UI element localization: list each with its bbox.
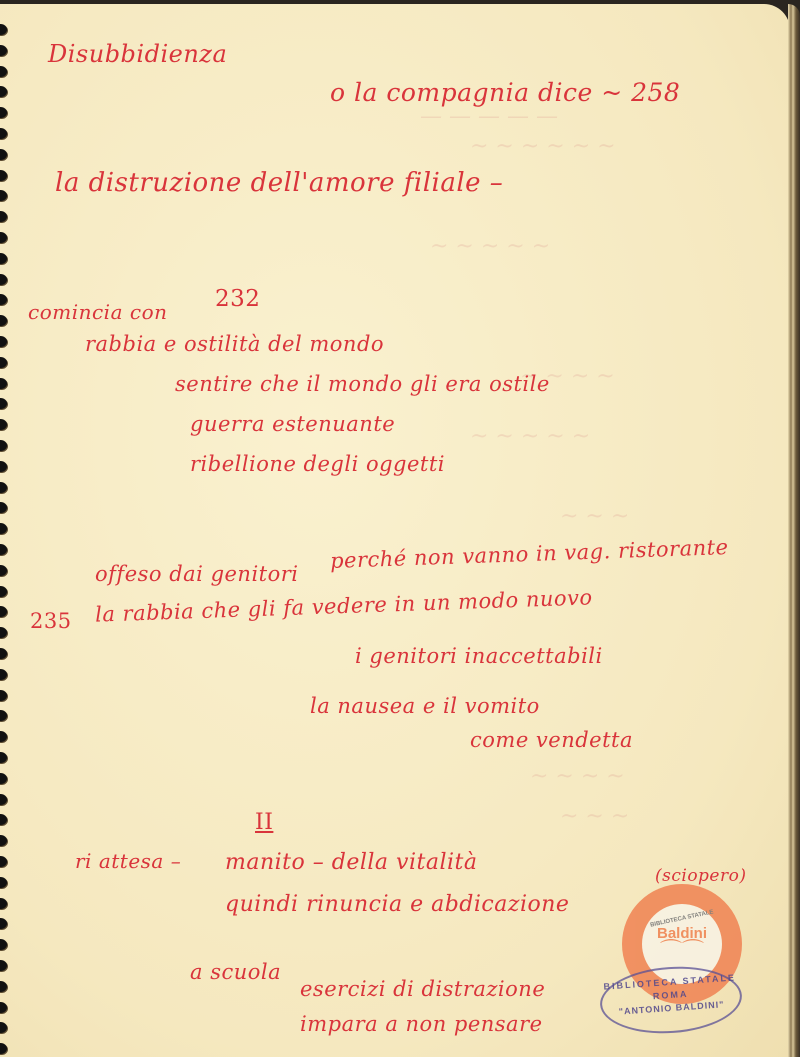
binding-hole [0,669,7,680]
binding-hole [0,357,7,368]
binding-hole [0,544,7,555]
notebook-page: — — — — — ~ ~ ~ ~ ~ ~ ~ ~ ~ ~ ~ ~ ~ ~ ~ … [0,4,790,1057]
note-offeso: offeso dai genitori [95,562,299,586]
binding-hole [0,86,7,97]
page-ref-232: 232 [215,286,260,312]
binding-hole [0,398,7,409]
book-icon: ⌒⌒ [642,942,722,960]
binding-hole [0,731,7,742]
binding-hole [0,107,7,118]
heading-disubbidienza: Disubbidienza [48,40,227,68]
binding-hole [0,648,7,659]
binding-hole [0,378,7,389]
binding-hole [0,419,7,430]
binding-hole [0,294,7,305]
bleed-through-text: ~ ~ ~ [560,504,629,529]
binding-hole [0,752,7,763]
note-ribellione: ribellione degli oggetti [190,452,445,476]
binding-hole [0,274,7,285]
binding-hole [0,606,7,617]
library-oval-stamp: BIBLIOTECA STATALE ROMA "ANTONIO BALDINI… [598,962,744,1038]
section-number: II [255,810,273,835]
binding-hole [0,586,7,597]
binding-hole [0,482,7,493]
binding-hole [0,835,7,846]
binding-hole [0,190,7,201]
note-impara: impara a non pensare [300,1012,543,1036]
binding-hole [0,45,7,56]
binding-hole [0,565,7,576]
note-sciopero: (sciopero) [655,866,747,886]
bleed-through-text: ~ ~ ~ ~ ~ ~ [470,134,616,159]
binding-hole [0,710,7,721]
binding-hole [0,939,7,950]
binding-hole [0,211,7,222]
note-vendetta: come vendetta [470,728,633,752]
binding-hole [0,877,7,888]
note-distruzione: la distruzione dell'amore filiale – [55,168,503,198]
binding-hole [0,66,7,77]
note-manito: manito – della vitalità [225,850,478,875]
binding-hole [0,232,7,243]
note-companion: o la compagnia dice ~ 258 [330,78,680,107]
note-scuola: a scuola [190,960,281,984]
binding-hole [0,440,7,451]
note-esercizi: esercizi di distrazione [300,977,545,1001]
binding-hole [0,461,7,472]
binding-hole [0,502,7,513]
note-perche: perché non vanno in vag. ristorante [330,535,729,573]
note-ri-attesa: ri attesa – [75,849,181,873]
note-comincia: comincia con [28,300,168,324]
bleed-through-text: — — — — — [420,104,558,129]
binding-hole [0,149,7,160]
binding-hole [0,856,7,867]
page-ref-235: 235 [30,609,72,633]
note-quindi: quindi rinuncia e abdicazione [225,892,569,917]
binding-hole [0,170,7,181]
note-rabbia: rabbia e ostilità del mondo [85,332,384,356]
note-rabbia-vedere: la rabbia che gli fa vedere in un modo n… [95,585,593,626]
page-edge [788,4,800,1057]
binding-hole [0,898,7,909]
note-guerra: guerra estenuante [190,412,395,436]
binding-hole [0,814,7,825]
bleed-through-text: ~ ~ ~ ~ ~ [470,424,590,449]
binding-hole [0,690,7,701]
binding-hole [0,523,7,534]
binding-hole [0,24,7,35]
binding-hole [0,794,7,805]
bleed-through-text: ~ ~ ~ ~ [530,764,625,789]
binding-hole [0,1022,7,1033]
note-genitori: i genitori inaccettabili [355,644,603,668]
binding-hole [0,253,7,264]
binding-hole [0,315,7,326]
binding-hole [0,773,7,784]
note-sentire: sentire che il mondo gli era ostile [175,372,550,396]
note-nausea: la nausea e il vomito [310,694,540,718]
binding-hole [0,918,7,929]
binding-hole [0,960,7,971]
binding-hole [0,336,7,347]
binding-hole [0,1043,7,1054]
binding-hole [0,128,7,139]
bleed-through-text: ~ ~ ~ ~ ~ [430,234,550,259]
bleed-through-text: ~ ~ ~ [560,804,629,829]
binding-hole [0,627,7,638]
binding-hole [0,981,7,992]
binding-hole [0,1002,7,1013]
